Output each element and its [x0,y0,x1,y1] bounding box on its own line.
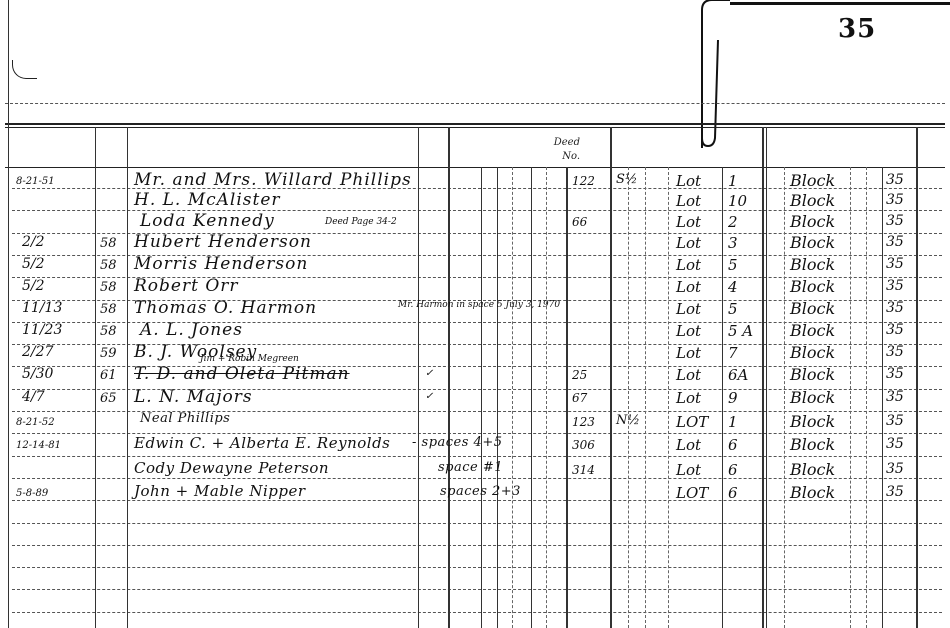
entry-name: John + Mable Nipper [134,482,306,500]
entry-block-label: Block [790,435,835,454]
entry-name: Morris Henderson [134,254,308,274]
entry-lot-label: Lot [676,278,701,296]
entry-note: spaces 2+3 [440,484,521,499]
entry-block-label: Block [790,255,835,274]
entry-date: 5/30 [22,366,53,382]
entry-name: A. L. Jones [140,320,243,340]
entry-date: 5/2 [22,256,45,272]
entry-block-number: 35 [886,322,904,338]
entry-lot-label: Lot [676,461,701,479]
entry-lot-number: 10 [728,192,747,210]
entry-note: Mr. Harmon in space 5 July 3, 1970 [398,300,560,310]
entry-name: Mr. and Mrs. Willard Phillips [134,170,412,190]
entry-year: 59 [100,346,117,361]
entry-lot-number: 6 [728,484,738,502]
entry-block-label: Block [790,299,835,318]
entry-lot-label: Lot [676,172,701,190]
entry-year: 58 [100,280,117,295]
entry-fraction: S½ [616,172,638,187]
entry-date: 4/7 [22,389,45,405]
entry-date: 12-14-81 [16,440,61,451]
entry-date: 5-8-89 [16,488,48,499]
entry-lot-number: 7 [728,344,738,362]
entry-date: 11/23 [22,322,62,338]
entry-note: Deed Page 34-2 [325,217,397,227]
entry-deed-number: 314 [572,463,595,477]
entry-lot-number: 9 [728,389,738,407]
entry-lot-number: 2 [728,213,738,231]
entry-block-label: Block [790,388,835,407]
entry-deed-number: 66 [572,215,587,229]
entry-name: Thomas O. Harmon [134,298,317,318]
entry-lot-number: 3 [728,234,738,252]
entry-note: ✓ [425,368,433,379]
entry-block-number: 35 [886,436,904,452]
entry-block-number: 35 [886,366,904,382]
entry-block-label: Block [790,483,835,502]
entry-block-number: 35 [886,213,904,229]
entry-year: 58 [100,258,117,273]
entry-block-label: Block [790,460,835,479]
entry-date: 8-21-51 [16,176,55,187]
entry-name: Robert Orr [134,276,239,296]
entry-year: 58 [100,324,117,339]
entry-lot-number: 6 [728,436,738,454]
entry-block-number: 35 [886,256,904,272]
entry-lot-number: 1 [728,172,738,190]
entry-block-number: 35 [886,234,904,250]
entry-lot-number: 5 [728,256,738,274]
entry-block-label: Block [790,233,835,252]
entry-fraction: N½ [616,413,640,428]
entry-year: 65 [100,391,117,406]
entry-name: L. N. Majors [134,387,253,407]
entry-deed-number: 67 [572,391,587,405]
entry-lot-number: 1 [728,413,738,431]
entry-name: Edwin C. + Alberta E. Reynolds [134,434,390,452]
entry-block-number: 35 [886,172,904,188]
entry-block-number: 35 [886,278,904,294]
paper-clip-icon [690,0,730,148]
entry-name: Loda Kennedy [140,211,275,231]
entry-block-number: 35 [886,389,904,405]
row-rule [12,589,942,590]
entry-lot-label: Lot [676,192,701,210]
entry-lot-label: LOT [676,484,708,502]
entry-note: Jim + Robin Megreen [200,354,299,364]
entry-block-number: 35 [886,461,904,477]
entry-lot-number: 4 [728,278,738,296]
entry-lot-label: Lot [676,344,701,362]
entry-date: 5/2 [22,278,45,294]
entry-lot-label: Lot [676,256,701,274]
entry-block-label: Block [790,277,835,296]
entry-lot-label: Lot [676,436,701,454]
entry-deed-number: 25 [572,368,587,382]
entry-lot-label: LOT [676,413,708,431]
corner-mark [12,60,37,79]
entry-block-label: Block [790,212,835,231]
entry-date: 11/13 [22,300,62,316]
entry-lot-number: 5 [728,300,738,318]
row-rule [12,523,942,524]
entry-date: 2/27 [22,344,53,360]
entry-block-label: Block [790,321,835,340]
entry-name: Hubert Henderson [134,232,312,252]
entry-name: T. D. and Oleta Pitman [134,364,350,384]
entry-deed-number: 123 [572,415,595,429]
row-rule [12,567,942,568]
entry-name: H. L. McAlister [134,190,281,210]
entry-lot-label: Lot [676,366,701,384]
entry-block-number: 35 [886,192,904,208]
ledger-page: 35 Deed No. 8-21-51Mr. and Mrs. Willard … [0,0,950,628]
deed-no-header: Deed No. [548,136,580,164]
entry-note: ✓ [425,391,433,402]
entry-note: - spaces 4+5 [412,435,502,450]
entry-block-label: Block [790,365,835,384]
row-rule [12,612,942,613]
entry-block-number: 35 [886,484,904,500]
entry-block-number: 35 [886,300,904,316]
entry-block-number: 35 [886,413,904,429]
entry-name: Neal Phillips [140,411,230,426]
entry-block-label: Block [790,343,835,362]
entry-note: space #1 [438,460,503,475]
entry-name: Cody Dewayne Peterson [134,459,329,477]
entry-date: 2/2 [22,234,45,250]
entry-deed-number: 306 [572,438,595,452]
entry-block-label: Block [790,191,835,210]
entry-date: 8-21-52 [16,417,55,428]
entry-lot-label: Lot [676,234,701,252]
page-number: 35 [838,14,876,44]
entry-lot-label: Lot [676,322,701,340]
entry-block-label: Block [790,412,835,431]
entry-lot-label: Lot [676,300,701,318]
entry-lot-number: 6A [728,366,748,384]
entry-year: 58 [100,236,117,251]
row-rule [12,456,942,457]
row-rule [12,545,942,546]
entry-block-label: Block [790,171,835,190]
entry-deed-number: 122 [572,174,595,188]
entry-year: 61 [100,368,117,383]
entry-year: 58 [100,302,117,317]
entry-block-number: 35 [886,344,904,360]
entry-lot-number: 5 A [728,322,753,340]
entry-lot-number: 6 [728,461,738,479]
entry-lot-label: Lot [676,389,701,407]
entry-lot-label: Lot [676,213,701,231]
